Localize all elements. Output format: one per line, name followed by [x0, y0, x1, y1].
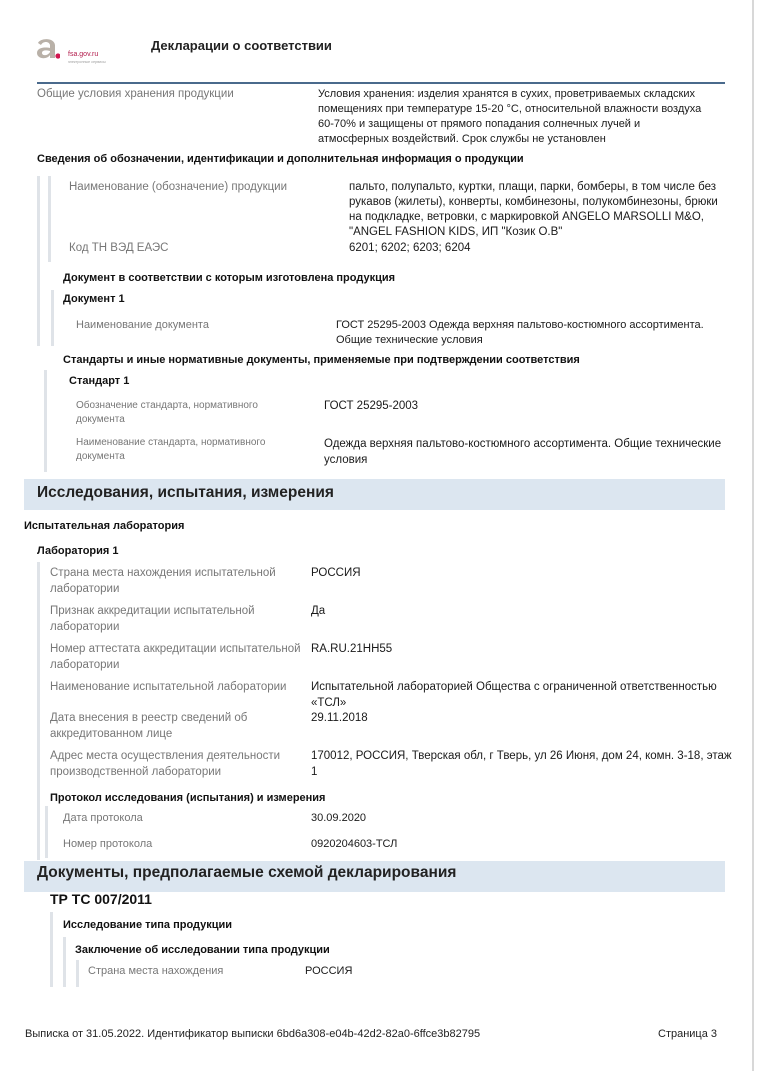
product-name-value: пальто, полупальто, куртки, плащи, парки…: [349, 180, 718, 240]
section-indent-bar: [37, 562, 40, 860]
section-indent-bar: [76, 960, 79, 987]
lab-field-label: Адрес места осуществления деятельностипр…: [50, 749, 280, 780]
lab-field-value: 170012, РОССИЯ, Тверская обл, г Тверь, у…: [311, 749, 732, 780]
section-indent-bar: [37, 262, 40, 346]
value-line: «ТСЛ»: [311, 696, 717, 712]
value-line: Одежда верхняя пальтово-костюмного ассор…: [324, 437, 721, 453]
protocol-number-value: 0920204603-ТСЛ: [311, 837, 397, 852]
protocol-date-value: 30.09.2020: [311, 811, 366, 826]
section-indent-bar: [48, 176, 51, 262]
header-divider: [37, 82, 725, 84]
storage-value-line: Условия хранения: изделия хранятся в сух…: [318, 87, 701, 102]
document-name-line: Общие технические условия: [336, 333, 704, 348]
label-line: Наименование испытательной лаборатории: [50, 680, 287, 696]
value-line: RA.RU.21НН55: [311, 642, 392, 658]
value-line: Испытательной лабораторией Общества с ог…: [311, 680, 717, 696]
storage-value-line: атмосферных воздействий. Срок службы не …: [318, 132, 701, 147]
standard-name-label: Наименование стандарта, нормативного док…: [76, 436, 265, 464]
label-line: Адрес места осуществления деятельности: [50, 749, 280, 765]
product-name-label: Наименование (обозначение) продукции: [69, 180, 287, 195]
lab-field-label: Номер аттестата аккредитации испытательн…: [50, 642, 301, 673]
testing-lab-heading: Испытательная лаборатория: [24, 519, 184, 534]
logo-domain: fsa.gov.ru: [68, 51, 98, 58]
scheme-docs-section-title: Документы, предполагаемые схемой деклари…: [37, 864, 456, 882]
section-indent-bar: [50, 912, 53, 987]
product-name-line: "ANGEL FASHION KIDS, ИП "Козик О.В": [349, 225, 718, 240]
lab-field-value: Испытательной лабораторией Общества с ог…: [311, 680, 717, 711]
label-line: документа: [76, 413, 258, 427]
storage-value-line: помещениях при температуре 15-20 °С, отн…: [318, 102, 701, 117]
standard-designation-value: ГОСТ 25295-2003: [324, 399, 418, 414]
product-name-line: на подкладке, ветровки, с маркировкой AN…: [349, 210, 718, 225]
document-name-line: ГОСТ 25295-2003 Одежда верхняя пальтово-…: [336, 318, 704, 333]
protocol-heading: Протокол исследования (испытания) и изме…: [50, 791, 325, 806]
section-indent-bar: [63, 937, 66, 987]
tnved-code-label: Код ТН ВЭД ЕАЭС: [69, 241, 168, 256]
value-line: РОССИЯ: [311, 566, 361, 582]
country-value: РОССИЯ: [305, 964, 352, 979]
label-line: аккредитованном лице: [50, 727, 247, 743]
lab-field-value: 29.11.2018: [311, 711, 368, 727]
label-line: производственной лаборатории: [50, 765, 280, 781]
lab-field-label: Страна места нахождения испытательнойлаб…: [50, 566, 276, 597]
lab-field-value: Да: [311, 604, 325, 620]
label-line: лаборатории: [50, 658, 301, 674]
standard-name-value: Одежда верхняя пальтово-костюмного ассор…: [324, 437, 721, 468]
storage-value: Условия хранения: изделия хранятся в сух…: [318, 87, 701, 147]
fsa-logo-icon: [34, 36, 60, 62]
product-name-line: пальто, полупальто, куртки, плащи, парки…: [349, 180, 718, 195]
section-indent-bar: [44, 370, 47, 472]
research-section-band: Исследования, испытания, измерения: [24, 479, 725, 510]
document-name-label: Наименование документа: [76, 318, 209, 333]
laboratory-1-title: Лаборатория 1: [37, 544, 119, 559]
document-1-title: Документ 1: [63, 292, 125, 307]
standard-1-title: Стандарт 1: [69, 374, 129, 389]
conclusion-heading: Заключение об исследовании типа продукци…: [75, 943, 330, 958]
lab-field-label: Наименование испытательной лаборатории: [50, 680, 287, 696]
label-line: лаборатории: [50, 582, 276, 598]
label-line: Обозначение стандарта, нормативного: [76, 399, 258, 413]
logo-subtitle: электронные сервисы: [68, 60, 106, 64]
standard-designation-label: Обозначение стандарта, нормативного доку…: [76, 399, 258, 427]
protocol-number-label: Номер протокола: [63, 837, 152, 852]
value-line: 1: [311, 765, 732, 781]
lab-field-label: Дата внесения в реестр сведений обаккред…: [50, 711, 247, 742]
protocol-date-label: Дата протокола: [63, 811, 143, 826]
page-number: Страница 3: [658, 1028, 717, 1040]
value-line: 170012, РОССИЯ, Тверская обл, г Тверь, у…: [311, 749, 732, 765]
lab-field-value: РОССИЯ: [311, 566, 361, 582]
research-section-title: Исследования, испытания, измерения: [37, 484, 334, 502]
type-research-heading: Исследование типа продукции: [63, 918, 232, 933]
section-indent-bar: [37, 176, 40, 262]
country-label: Страна места нахождения: [88, 964, 223, 979]
value-line: 29.11.2018: [311, 711, 368, 727]
label-line: лаборатории: [50, 620, 255, 636]
section-indent-bar: [45, 806, 48, 858]
scheme-docs-section-band: Документы, предполагаемые схемой деклари…: [24, 861, 725, 892]
storage-label: Общие условия хранения продукции: [37, 87, 234, 102]
value-line: Да: [311, 604, 325, 620]
label-line: Дата внесения в реестр сведений об: [50, 711, 247, 727]
document-name-value: ГОСТ 25295-2003 Одежда верхняя пальтово-…: [336, 318, 704, 348]
label-line: Признак аккредитации испытательной: [50, 604, 255, 620]
page-title: Декларации о соответствии: [151, 38, 332, 53]
section-indent-bar: [51, 290, 54, 346]
label-line: Страна места нахождения испытательной: [50, 566, 276, 582]
extract-info: Выписка от 31.05.2022. Идентификатор вып…: [25, 1028, 480, 1040]
label-line: Наименование стандарта, нормативного: [76, 436, 265, 450]
manufacture-doc-heading: Документ в соответствии с которым изгото…: [63, 271, 395, 286]
label-line: документа: [76, 450, 265, 464]
storage-value-line: 60-70% и защищены от прямого попадания с…: [318, 117, 701, 132]
tnved-code-value: 6201; 6202; 6203; 6204: [349, 241, 471, 256]
standards-heading: Стандарты и иные нормативные документы, …: [63, 353, 580, 368]
product-name-line: рукавов (жилеты), конверты, комбинезоны,…: [349, 195, 718, 210]
lab-field-label: Признак аккредитации испытательнойлабора…: [50, 604, 255, 635]
product-info-heading: Сведения об обозначении, идентификации и…: [37, 152, 524, 167]
lab-field-value: RA.RU.21НН55: [311, 642, 392, 658]
regulation-title: ТР ТС 007/2011: [50, 891, 152, 907]
label-line: Номер аттестата аккредитации испытательн…: [50, 642, 301, 658]
value-line: условия: [324, 453, 721, 469]
